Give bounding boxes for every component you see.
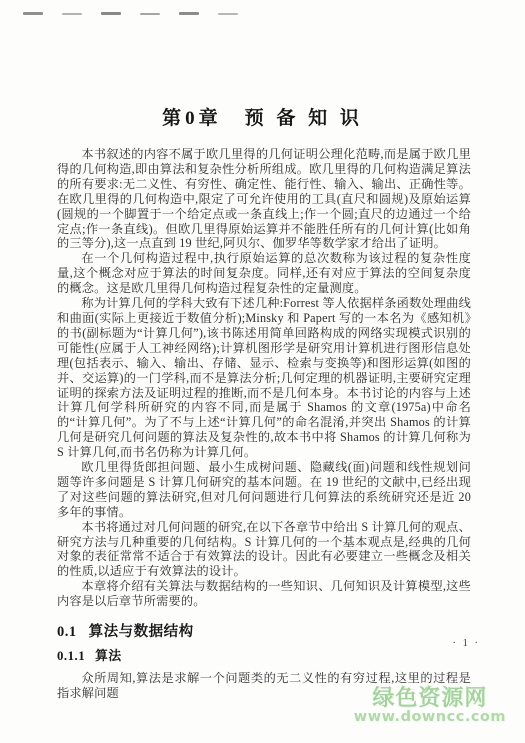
watermark-site-url: www.downcc.com xyxy=(354,710,506,725)
body-paragraph: 欧几里得货郎担问题、最小生成树问题、隐藏线(面)问题和线性规划问题等许多问题是 … xyxy=(57,460,471,520)
watermark-site-name: 绿色资源网 xyxy=(354,687,506,710)
subsection-number: 0.1.1 xyxy=(57,649,85,663)
subsection-label: 算法 xyxy=(95,649,122,663)
scan-mark xyxy=(218,13,238,15)
scan-mark xyxy=(23,12,43,15)
chapter-title: 第0章 预 备 知 识 xyxy=(0,103,525,130)
watermark: 绿色资源网 www.downcc.com xyxy=(354,687,506,725)
section-heading: 0.1算法与数据结构 xyxy=(57,625,471,640)
section-number: 0.1 xyxy=(57,624,77,640)
subsection-heading: 0.1.1算法 xyxy=(57,649,471,664)
page-number: · 1 · xyxy=(453,638,481,649)
scan-registration-marks xyxy=(23,12,238,15)
scan-mark xyxy=(62,13,82,15)
body-paragraph: 本章将介绍有关算法与数据结构的一些知识、几何知识及计算模型,这些内容是以后章节所… xyxy=(57,579,471,609)
scan-mark xyxy=(140,13,160,15)
scanned-book-page: 第0章 预 备 知 识 本书叙述的内容不属于欧几里得的几何证明公理化范畴,而是属… xyxy=(0,0,525,743)
page-body: 本书叙述的内容不属于欧几里得的几何证明公理化范畴,而是属于欧几里得的几何构造,即… xyxy=(57,147,471,701)
body-paragraph: 本书将通过对几何问题的研究,在以下各章节中给出 S 计算几何的观点、研究方法与几… xyxy=(57,520,471,580)
body-paragraph: 称为计算几何的学科大致有下述几种:Forrest 等人依据样条函数处理曲线和曲面… xyxy=(57,296,471,460)
body-paragraph: 本书叙述的内容不属于欧几里得的几何证明公理化范畴,而是属于欧几里得的几何构造,即… xyxy=(57,147,471,251)
scan-mark xyxy=(101,12,121,15)
section-label: 算法与数据结构 xyxy=(89,624,194,640)
body-paragraph: 在一个几何构造过程中,执行原始运算的总次数称为该过程的复杂性度量,这个概念对应于… xyxy=(57,251,471,296)
scan-mark xyxy=(179,12,199,15)
